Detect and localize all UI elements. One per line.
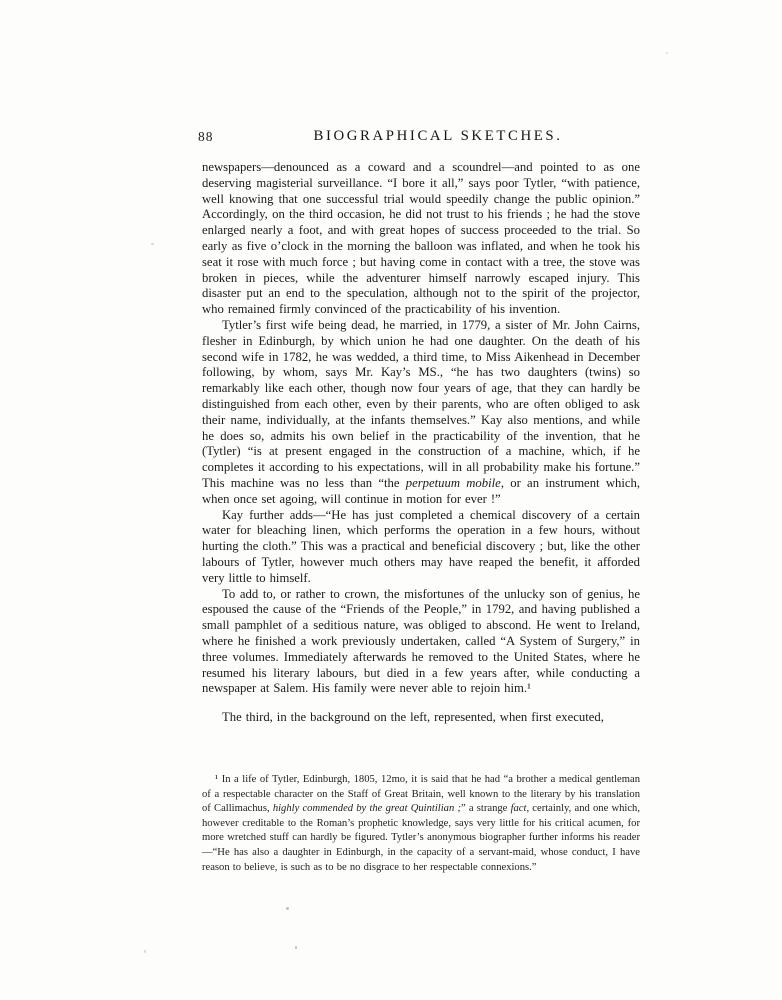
paragraph-misfortunes: To add to, or rather to crown, the misfo… (202, 587, 640, 698)
paragraph-marriages: Tytler’s first wife being dead, he marri… (202, 318, 640, 508)
scan-speck (151, 243, 154, 245)
footnote: ¹ In a life of Tytler, Edinburgh, 1805, … (202, 773, 640, 875)
scan-speck (295, 946, 297, 949)
paragraph-bleaching-discovery: Kay further adds—“He has just completed … (202, 508, 640, 587)
scan-speck (666, 52, 668, 54)
page-header: 88 BIOGRAPHICAL SKETCHES. (198, 128, 640, 146)
paragraph-the-third: The third, in the background on the left… (202, 710, 640, 726)
page-number: 88 (198, 129, 214, 145)
paragraph-continuation: newspapers—denounced as a coward and a s… (202, 160, 640, 318)
page-body: newspapers—denounced as a coward and a s… (202, 160, 640, 726)
scan-speck (286, 907, 289, 910)
page-title: BIOGRAPHICAL SKETCHES. (260, 128, 616, 145)
book-page: 88 BIOGRAPHICAL SKETCHES. newspapers—den… (0, 0, 782, 1000)
scan-speck (144, 950, 146, 953)
